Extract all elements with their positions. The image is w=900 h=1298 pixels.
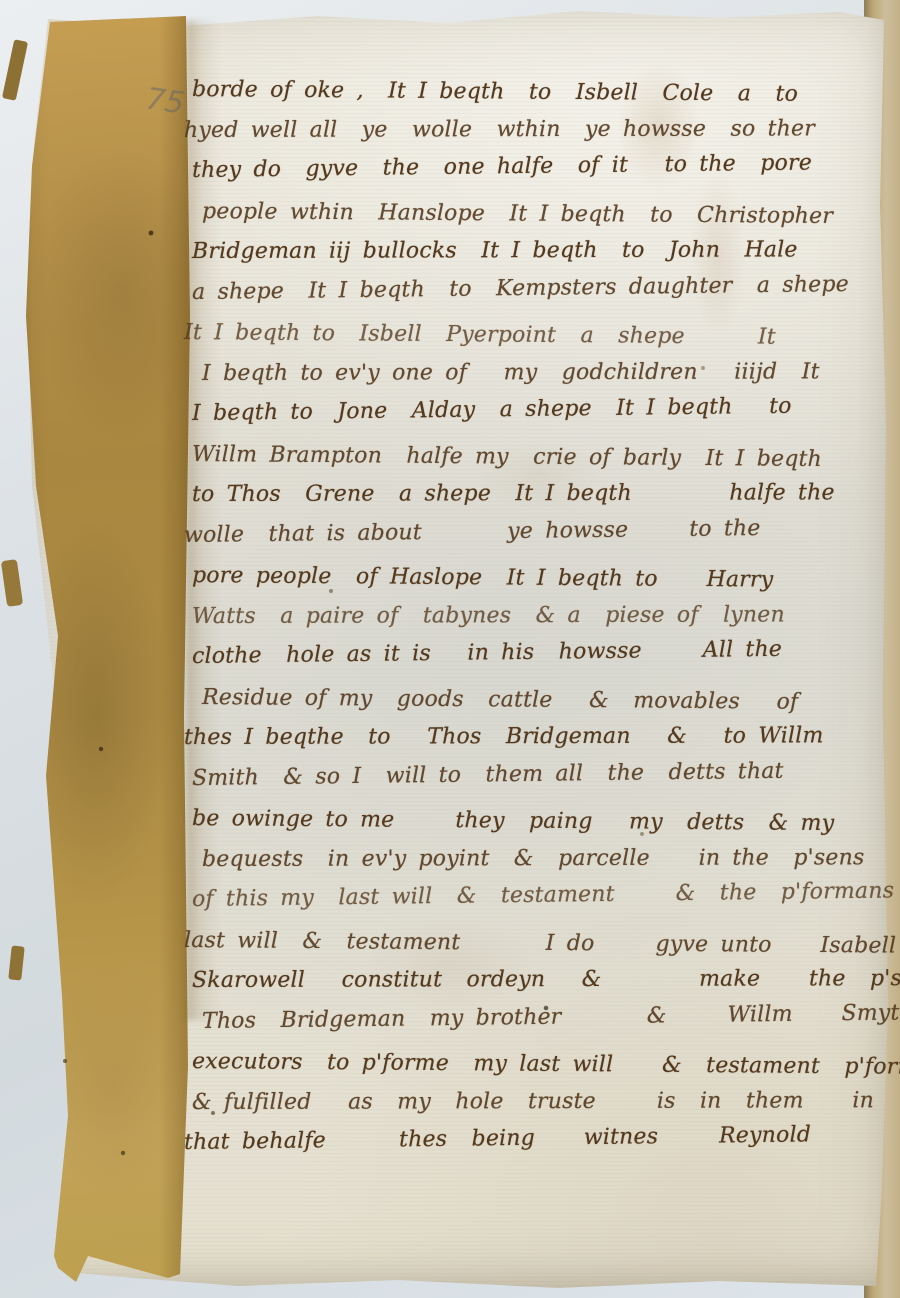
manuscript-line: clothe hole as it is in his howsse All t… <box>192 629 882 678</box>
manuscript-line: I beqth to Jone Alday a shepe It I beqth… <box>192 386 882 435</box>
handwritten-text-block: borde of oke , It I beqth to Isbell Cole… <box>192 70 882 1164</box>
manuscript-line: they do gyve the one halfe of it to the … <box>192 143 882 192</box>
manuscript-photograph: 75 borde of oke , It I beqth to Isbell C… <box>0 0 900 1298</box>
manuscript-line: a shepe It I beqth to Kempsters daughter… <box>192 264 882 313</box>
manuscript-line: of this my last will & testament & the p… <box>192 872 882 921</box>
binding-strip <box>18 16 190 1284</box>
torn-edge-fragment <box>1 559 23 607</box>
manuscript-line: Smith & so I will to them all the detts … <box>192 750 882 799</box>
torn-edge-fragment <box>2 39 28 101</box>
manuscript-line: wolle that is about ye howsse to the <box>184 507 882 556</box>
foxing-specks <box>0 0 2 2</box>
manuscript-line: Thos Bridgeman my brother & Willm Smyth <box>202 993 882 1042</box>
torn-edge-fragment <box>8 945 24 980</box>
manuscript-line: that behalfe thes being witnes Reynold <box>184 1114 882 1163</box>
pencil-foliation-number: 75 <box>144 82 187 122</box>
